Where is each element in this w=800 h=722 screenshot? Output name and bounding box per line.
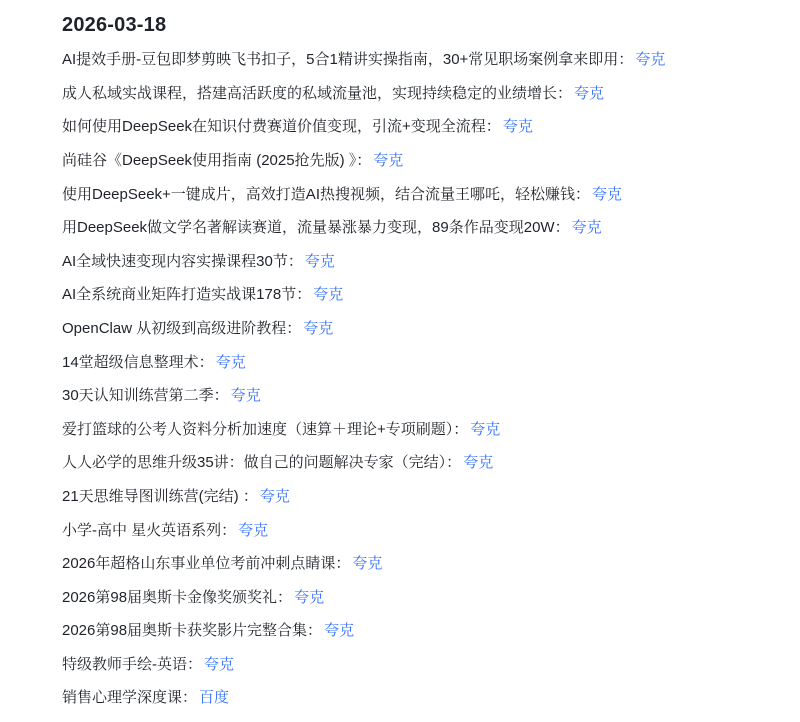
resource-item: AI全域快速变现内容实操课程30节：夸克 (62, 245, 760, 279)
resource-link[interactable]: 夸克 (635, 51, 665, 68)
resource-link[interactable]: 夸克 (503, 118, 533, 135)
resource-title: OpenClaw 从初级到高级进阶教程： (62, 320, 301, 337)
resource-item: 人人必学的思维升级35讲：做自己的问题解决专家（完结）：夸克 (62, 446, 760, 480)
resource-title: 成人私域实战课程，搭建高活跃度的私域流量池，实现持续稳定的业绩增长： (62, 85, 572, 102)
resource-title: 2026第98届奥斯卡金像奖颁奖礼： (62, 589, 292, 606)
resource-item: 2026第98届奥斯卡获奖影片完整合集：夸克 (62, 614, 760, 648)
resource-item: 特级教师手绘-英语：夸克 (62, 648, 760, 682)
resource-item: OpenClaw 从初级到高级进阶教程：夸克 (62, 312, 760, 346)
resource-item: 销售心理学深度课：百度 (62, 681, 760, 715)
resource-link[interactable]: 夸克 (260, 488, 290, 505)
resource-title: 爱打篮球的公考人资料分析加速度（速算＋理论+专项刷题）： (62, 421, 468, 438)
resource-title: 人人必学的思维升级35讲：做自己的问题解决专家（完结）： (62, 454, 461, 471)
resource-item: 30天认知训练营第二季：夸克 (62, 379, 760, 413)
resource-item: 如何使用DeepSeek在知识付费赛道价值变现，引流+变现全流程：夸克 (62, 110, 760, 144)
resource-list: AI提效手册-豆包即梦剪映飞书扣子，5合1精讲实操指南，30+常见职场案例拿来即… (62, 43, 760, 715)
resource-title: 尚硅谷《DeepSeek使用指南 (2025抢先版) 》： (62, 152, 371, 169)
resource-item: 爱打篮球的公考人资料分析加速度（速算＋理论+专项刷题）：夸克 (62, 413, 760, 447)
resource-title: 21天思维导图训练营(完结) ： (62, 488, 258, 505)
resource-item: 14堂超级信息整理术：夸克 (62, 346, 760, 380)
resource-item: 21天思维导图训练营(完结) ：夸克 (62, 480, 760, 514)
resource-title: 如何使用DeepSeek在知识付费赛道价值变现，引流+变现全流程： (62, 118, 501, 135)
resource-title: 销售心理学深度课： (62, 689, 197, 706)
resource-title: 用DeepSeek做文学名著解读赛道，流量暴涨暴力变现，89条作品变现20W： (62, 219, 570, 236)
resource-link[interactable]: 夸克 (305, 253, 335, 270)
resource-title: 特级教师手绘-英语： (62, 656, 202, 673)
resource-link[interactable]: 夸克 (572, 219, 602, 236)
resource-link[interactable]: 夸克 (373, 152, 403, 169)
date-heading: 2026-03-18 (62, 11, 760, 39)
resource-item: 2026年超格山东事业单位考前冲刺点睛课：夸克 (62, 547, 760, 581)
resource-title: AI全域快速变现内容实操课程30节： (62, 253, 303, 270)
resource-link[interactable]: 夸克 (313, 286, 343, 303)
resource-item: AI全系统商业矩阵打造实战课178节：夸克 (62, 278, 760, 312)
resource-title: 使用DeepSeek+一键成片，高效打造AI热搜视频，结合流量王哪吒，轻松赚钱： (62, 186, 590, 203)
resource-link[interactable]: 夸克 (324, 622, 354, 639)
resource-link[interactable]: 百度 (199, 689, 229, 706)
document-body: 2026-03-18 AI提效手册-豆包即梦剪映飞书扣子，5合1精讲实操指南，3… (0, 0, 800, 722)
resource-link[interactable]: 夸克 (574, 85, 604, 102)
resource-item: 2026第98届奥斯卡金像奖颁奖礼：夸克 (62, 581, 760, 615)
resource-link[interactable]: 夸克 (238, 522, 268, 539)
resource-title: AI全系统商业矩阵打造实战课178节： (62, 286, 311, 303)
resource-item: 用DeepSeek做文学名著解读赛道，流量暴涨暴力变现，89条作品变现20W：夸… (62, 211, 760, 245)
resource-item: 成人私域实战课程，搭建高活跃度的私域流量池，实现持续稳定的业绩增长：夸克 (62, 77, 760, 111)
resource-item: AI提效手册-豆包即梦剪映飞书扣子，5合1精讲实操指南，30+常见职场案例拿来即… (62, 43, 760, 77)
resource-item: 尚硅谷《DeepSeek使用指南 (2025抢先版) 》：夸克 (62, 144, 760, 178)
resource-link[interactable]: 夸克 (463, 454, 493, 471)
resource-link[interactable]: 夸克 (303, 320, 333, 337)
resource-link[interactable]: 夸克 (470, 421, 500, 438)
resource-title: 2026年超格山东事业单位考前冲刺点睛课： (62, 555, 350, 572)
resource-title: 2026第98届奥斯卡获奖影片完整合集： (62, 622, 322, 639)
resource-item: 使用DeepSeek+一键成片，高效打造AI热搜视频，结合流量王哪吒，轻松赚钱：… (62, 178, 760, 212)
resource-title: 小学-高中 星火英语系列： (62, 522, 236, 539)
resource-item: 小学-高中 星火英语系列：夸克 (62, 514, 760, 548)
resource-link[interactable]: 夸克 (352, 555, 382, 572)
resource-link[interactable]: 夸克 (592, 186, 622, 203)
resource-title: 14堂超级信息整理术： (62, 354, 214, 371)
resource-link[interactable]: 夸克 (216, 354, 246, 371)
resource-link[interactable]: 夸克 (204, 656, 234, 673)
resource-title: 30天认知训练营第二季： (62, 387, 229, 404)
resource-link[interactable]: 夸克 (231, 387, 261, 404)
resource-link[interactable]: 夸克 (294, 589, 324, 606)
resource-title: AI提效手册-豆包即梦剪映飞书扣子，5合1精讲实操指南，30+常见职场案例拿来即… (62, 51, 633, 68)
